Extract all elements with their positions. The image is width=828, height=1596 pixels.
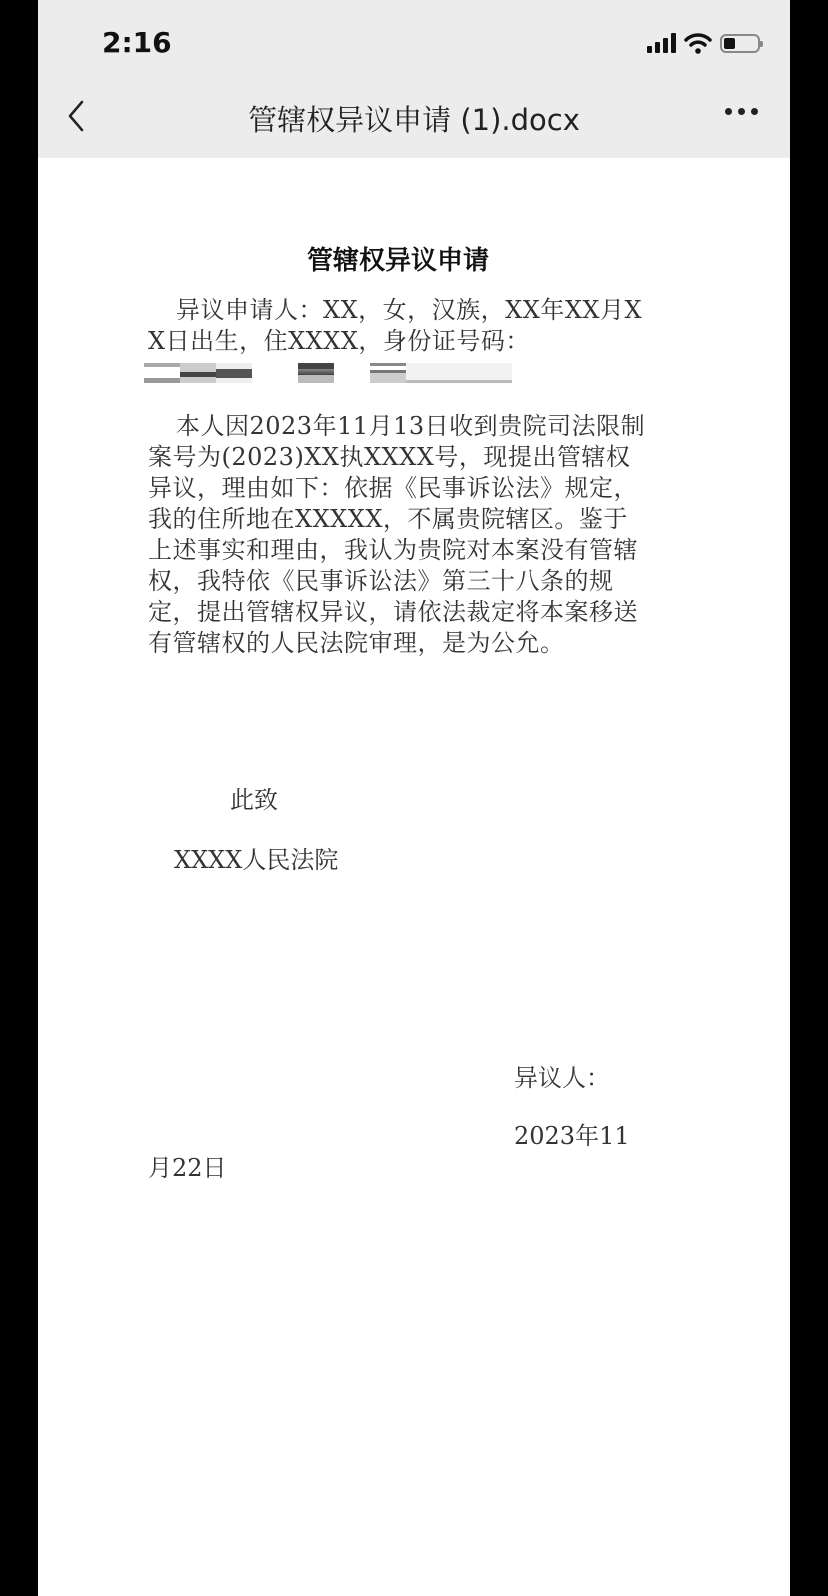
wifi-icon bbox=[684, 32, 712, 54]
status-icons bbox=[647, 32, 760, 54]
status-time: 2:16 bbox=[102, 26, 172, 59]
recipient-court: XXXX人民法院 bbox=[174, 840, 338, 875]
battery-icon bbox=[720, 34, 760, 53]
signer-label: 异议人： bbox=[514, 1058, 610, 1093]
ellipsis-icon bbox=[725, 108, 732, 115]
date-line-1: 2023年11 bbox=[514, 1116, 630, 1151]
document-body: 管辖权异议申请 异议申请人：XX，女，汉族，XX年XX月XX日出生，住XXXX，… bbox=[148, 240, 648, 659]
phone-screen: 2:16 管辖权异议申请 (1).docx 管辖权异议申请 异议申请人：XX，女… bbox=[38, 0, 790, 1596]
body-paragraph: 本人因2023年11月13日收到贵院司法限制案号为(2023)XX执XXXX号，… bbox=[148, 411, 648, 659]
more-options-button[interactable] bbox=[725, 108, 758, 115]
signal-icon bbox=[647, 33, 676, 53]
top-bar: 2:16 管辖权异议申请 (1).docx bbox=[38, 0, 790, 158]
applicant-paragraph: 异议申请人：XX，女，汉族，XX年XX月XX日出生，住XXXX，身份证号码： bbox=[148, 295, 648, 357]
date-line-2: 月22日 bbox=[148, 1148, 227, 1183]
redacted-id-number bbox=[148, 363, 503, 383]
salutation: 此致 bbox=[230, 780, 278, 815]
doc-heading: 管辖权异议申请 bbox=[148, 240, 648, 277]
document-title: 管辖权异议申请 (1).docx bbox=[38, 98, 790, 139]
